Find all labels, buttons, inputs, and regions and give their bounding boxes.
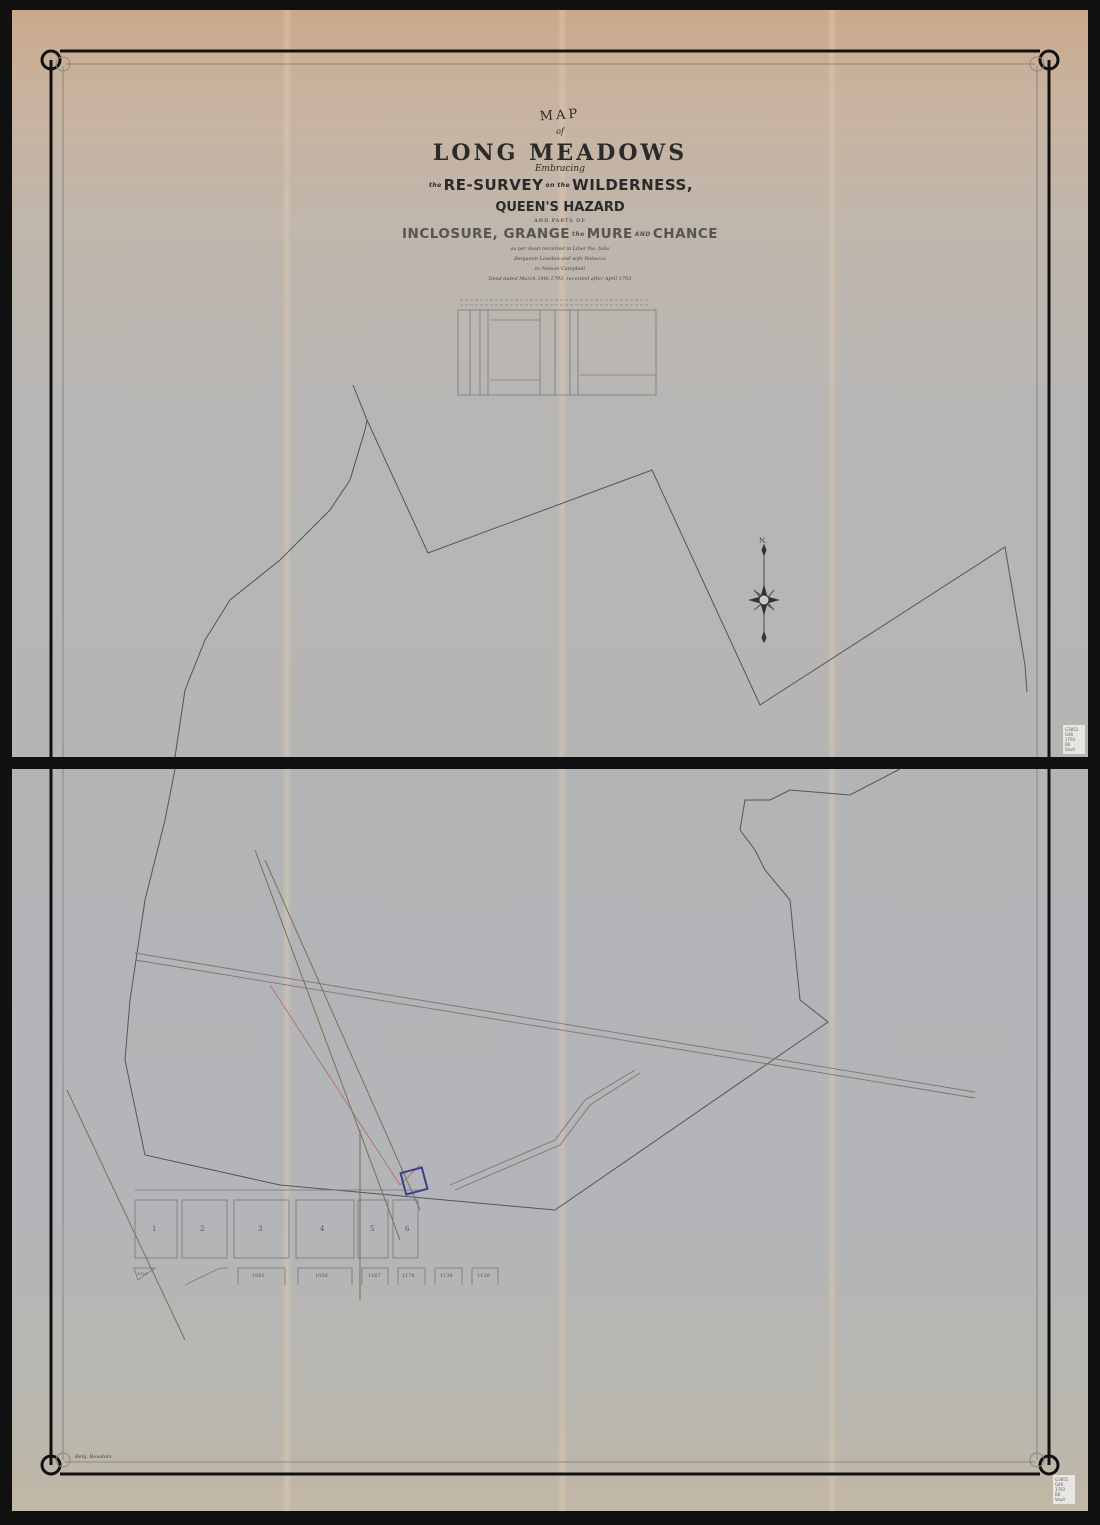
block-2: 2 — [200, 1225, 204, 1233]
lot-corner: 1029 — [137, 1271, 147, 1276]
maker-signature: Benj. Bowdoin — [75, 1454, 112, 1460]
lot-1130: 1130 — [477, 1273, 490, 1279]
title-main: LONG MEADOWS — [360, 140, 760, 166]
lot-1082: 1082 — [252, 1273, 265, 1279]
title-block: MAP of LONG MEADOWS Embracing theRE-SURV… — [360, 100, 760, 282]
survey-table — [458, 300, 656, 395]
compass-north-label: N. — [759, 537, 767, 545]
title-line-inclosure: INCLOSURE, GRANGEtheMUREANDCHANCE — [360, 226, 760, 242]
block-4: 4 — [320, 1225, 324, 1233]
lot-1167: 1167 — [368, 1273, 381, 1279]
lot-1059: 1059 — [315, 1273, 328, 1279]
lot-1178: 1178 — [402, 1273, 415, 1279]
red-lines — [270, 985, 420, 1185]
archive-tag-top: G3851 G46 1793 B6 Vault — [1063, 725, 1085, 754]
sheet-seam — [0, 757, 1100, 769]
town-blocks — [134, 1190, 498, 1285]
block-6: 6 — [405, 1225, 409, 1233]
compass-rose — [750, 545, 778, 642]
block-1: 1 — [152, 1225, 156, 1233]
railroad-lines — [67, 850, 420, 1340]
note-line-3: to Nelson Campbell — [360, 266, 760, 272]
tract-boundary-upper — [175, 385, 1027, 757]
title-line-resurvey: theRE-SURVEYon theWILDERNESS, — [360, 176, 760, 194]
lot-1138: 1138 — [440, 1273, 453, 1279]
note-line-4: Deed dated March 24th 1793, recorded aft… — [360, 276, 760, 282]
title-and-parts-of: AND PARTS OF — [360, 218, 760, 224]
title-queens-hazard: QUEEN'S HAZARD — [360, 200, 760, 215]
road — [135, 953, 975, 1190]
note-line-1: as per deed recorded in Liber No. folio — [360, 246, 760, 252]
block-5: 5 — [370, 1225, 374, 1233]
tract-boundary-lower — [125, 769, 900, 1210]
archive-tag-bottom: G3851 G46 1793 B6 Vault — [1053, 1475, 1075, 1504]
note-line-2: Benjamin Lowden and wife Rebecca — [360, 256, 760, 262]
title-embracing: Embracing — [360, 164, 760, 174]
block-3: 3 — [258, 1225, 262, 1233]
